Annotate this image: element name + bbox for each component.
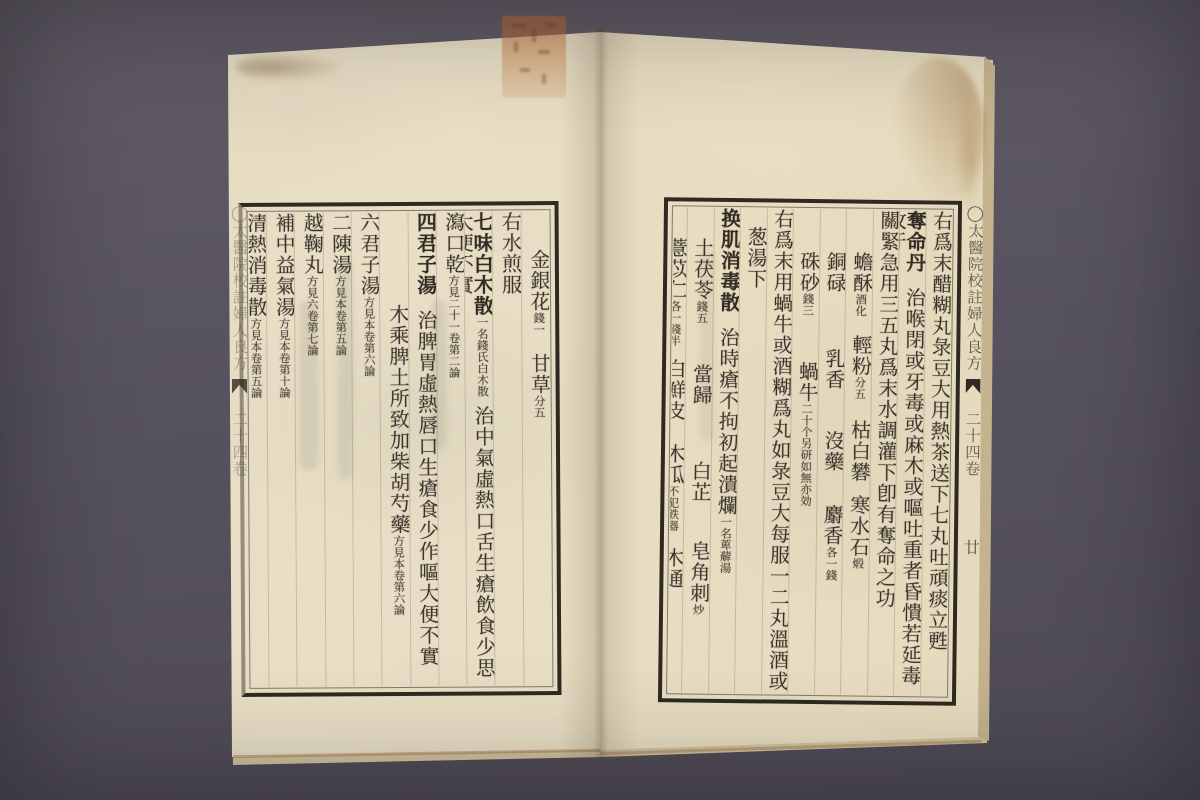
column-text: 輕粉 <box>848 334 872 376</box>
column-text: 銅碌 <box>823 251 846 293</box>
text-column: 木乘脾土所致加柴胡芍藥方見本卷第六論 <box>379 212 411 687</box>
column-text: 蝸牛 <box>795 361 819 403</box>
fishtail-icon <box>232 379 247 394</box>
column-text: 補中益氣湯 <box>272 213 297 318</box>
left-text-frame: 金銀花錢一甘草分五右水煎服七味白木散一名錢氏白木散治中氣虛熱口舌生瘡飲食少思大便… <box>238 201 561 697</box>
annotation-text: 一名錢氏白木散 <box>476 316 490 397</box>
column-text: 寒水石 <box>846 494 871 557</box>
column-text: 木瓜 <box>668 443 686 485</box>
banxin-volume: 二十四卷 <box>963 410 982 476</box>
collector-seal-stamp <box>502 16 566 98</box>
right-text-frame: 右爲末醋糊丸彔豆大用熱茶送下七丸吐頑痰立甦奪命丹治喉閉或牙毒或麻木或嘔吐重者昏憒… <box>658 197 962 706</box>
annotation-text: 分五 <box>853 377 867 400</box>
column-text: 硃砂 <box>796 251 819 293</box>
column-text: 甘草 <box>527 353 551 395</box>
annotation-text: 二十个另研如無亦効 <box>799 403 814 507</box>
annotation-text: 方見本卷第六論 <box>392 535 406 616</box>
text-column: 越鞠丸方見六卷第七論 <box>294 212 325 686</box>
column-text: 土茯苓 <box>690 238 713 301</box>
column-text: 薏苡仁 <box>668 237 687 300</box>
annotation-text: 錢五 <box>695 301 709 324</box>
column-text: 清熱消毒散 <box>249 213 269 318</box>
column-text: 六君子湯 <box>357 212 382 296</box>
annotation-text: 煅 <box>851 558 865 570</box>
column-text: 蟾酥 <box>849 251 872 293</box>
right-page <box>0 0 1200 800</box>
annotation-text: 方見本卷第十論 <box>278 318 292 399</box>
text-column: 補中益氣湯方見本卷第十論 <box>266 213 297 687</box>
text-column: 瀉口乾方見二十一卷第二論 <box>435 212 466 686</box>
column-text: 治時瘡不拘初起潰爛 <box>714 327 740 516</box>
column-text: 治脾胃虛熱唇口生瘡食少作嘔大便不實 <box>414 310 438 667</box>
banxin-strip-left: ◯太醫院校註婦人良方二十四卷 <box>225 204 247 692</box>
text-column: 金銀花錢一甘草分五 <box>520 211 551 687</box>
annotation-text: 錢一 <box>532 312 546 335</box>
column-text: 枯白礬 <box>847 419 872 482</box>
column-text: 白芷 <box>688 461 713 503</box>
column-text: 右水煎服 <box>498 211 523 295</box>
text-column: 六君子湯方見本卷第六論 <box>350 212 381 686</box>
annotation-text: 炒 <box>691 604 705 616</box>
column-text: 白鮮皮 <box>668 358 687 421</box>
left-page-text: 金銀花錢一甘草分五右水煎服七味白木散一名錢氏白木散治中氣虛熱口舌生瘡飲食少思大便… <box>249 211 552 687</box>
text-column: 四君子湯治脾胃虛熱唇口生瘡食少作嘔大便不實 <box>407 212 438 686</box>
column-text: 麝香 <box>820 504 845 546</box>
annotation-text: 方見六卷第七論 <box>306 275 320 356</box>
banxin-title: ◯太醫院校註婦人良方 <box>231 204 248 372</box>
column-text: 瀉口乾 <box>442 212 466 275</box>
column-text: 二陳湯 <box>328 212 352 275</box>
annotation-text: 一名萆薢湯 <box>719 516 734 574</box>
column-text: 木乘脾土所致加柴胡芍藥 <box>386 304 411 535</box>
annotation-text: 方見本卷第五論 <box>249 318 263 399</box>
banxin-title: ◯太醫院校註婦人良方 <box>964 204 983 372</box>
column-text: 木通 <box>668 547 685 589</box>
column-text: 越鞠丸 <box>300 212 324 275</box>
text-column: 七味白木散一名錢氏白木散治中氣虛熱口舌生瘡飲食少思大便不實 <box>464 211 495 685</box>
column-text: 乳香 <box>822 348 846 390</box>
column-text: 换肌消毒散 <box>717 208 740 313</box>
annotation-text: 方見二十一卷第二論 <box>447 275 462 379</box>
column-text: 沒藥 <box>821 430 846 472</box>
column-text: 金銀花 <box>527 249 551 312</box>
column-text: 四君子湯 <box>413 212 438 296</box>
text-column: 二陳湯方見本卷第五論 <box>322 212 353 686</box>
banxin-volume: 二十四卷 <box>231 411 248 477</box>
annotation-text: 錢三 <box>801 293 815 316</box>
column-text: 葱湯下 <box>743 226 766 289</box>
photo-stage: 金銀花錢一甘草分五右水煎服七味白木散一名錢氏白木散治中氣虛熱口舌生瘡飲食少思大便… <box>0 0 1200 800</box>
annotation-text: 方見本卷第五論 <box>334 275 348 356</box>
annotation-text: 方見本卷第六論 <box>362 296 376 377</box>
annotation-text: 分五 <box>533 395 547 418</box>
right-page-text: 右爲末醋糊丸彔豆大用熱茶送下七丸吐頑痰立甦奪命丹治喉閉或牙毒或麻木或嘔吐重者昏憒… <box>668 207 952 695</box>
column-text: 當歸 <box>689 364 713 406</box>
annotation-text: 酒化 <box>854 294 868 317</box>
annotation-text: 各一錢半 <box>668 300 683 346</box>
text-column: 清熱消毒散方見本卷第五論 <box>249 213 269 687</box>
column-text: 右爲末醋糊丸彔豆大用熱茶送下七丸吐頑痰立甦 <box>925 210 952 651</box>
column-text: 皂角刺 <box>687 541 712 604</box>
fishtail-icon <box>965 378 980 393</box>
annotation-text: 各一錢 <box>824 546 838 581</box>
folio-number: 廿 <box>961 538 980 555</box>
text-column: 右水煎服 <box>492 211 523 685</box>
annotation-text: 不犯鉄器 <box>668 485 681 531</box>
